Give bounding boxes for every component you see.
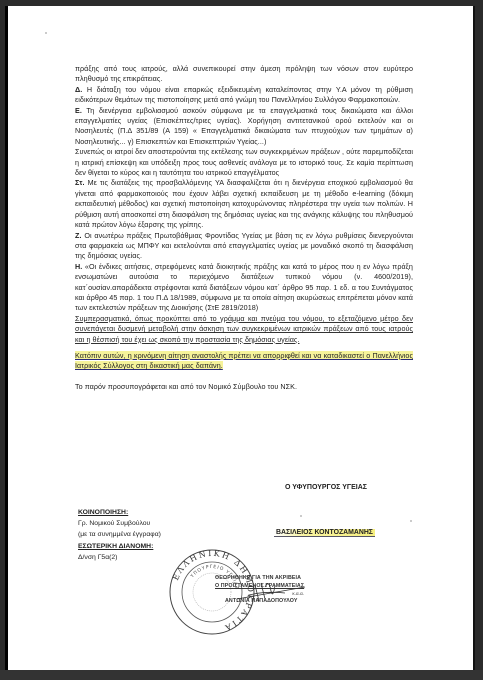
summary-underlined: Συμπερασματικά, όπως προκύπτει από το γρ… bbox=[75, 314, 413, 345]
paragraph-z: Ζ. Οι ανωτέρω πράξεις Πρωτοβάθμιας Φροντ… bbox=[75, 231, 413, 262]
bottom-bar bbox=[0, 670, 483, 680]
document-body: πράξης από τους ιατρούς, αλλά συνεπικουρ… bbox=[75, 64, 413, 392]
conclusion-highlighted: Κατόπιν αυτών, η κρινόμενη αίτηση αναστο… bbox=[75, 351, 413, 372]
paragraph-st: Στ. Με τις διατάξεις της προσβαλλόμενης … bbox=[75, 178, 413, 230]
notification-item: (με τα συνημμένα έγγραφα) bbox=[78, 529, 161, 540]
paragraph-d: Δ. Η διάταξη του νόμου είναι επαρκώς εξε… bbox=[75, 85, 413, 106]
paragraph-label: Δ. bbox=[75, 85, 82, 94]
highlighted-text: Κατόπιν αυτών, η κρινόμενη αίτηση αναστο… bbox=[75, 351, 413, 370]
paragraph-text: Η διάταξη του νόμου είναι επαρκώς εξειδι… bbox=[75, 85, 413, 104]
notification-heading: ΚΟΙΝΟΠΟΙΗΣΗ: bbox=[78, 507, 161, 518]
scan-speck bbox=[410, 520, 412, 522]
internal-distribution-heading: ΕΣΩΤΕΡΙΚΗ ΔΙΑΝΟΜΗ: bbox=[78, 541, 161, 552]
paragraph-text: Με τις διατάξεις της προσβαλλόμενης ΥΑ δ… bbox=[75, 178, 413, 229]
distribution-block: ΚΟΙΝΟΠΟΙΗΣΗ: Γρ. Νομικού Συμβούλου (με τ… bbox=[78, 507, 161, 563]
stamp-text-block: ΘΕΩΡΗΘΗΚΕ ΓΙΑ ΤΗΝ ΑΚΡΙΒΕΙΑ Ο ΠΡΟΪΣΤΑΜΕΝΟ… bbox=[215, 575, 304, 605]
stamp-line-certified: ΘΕΩΡΗΘΗΚΕ ΓΙΑ ΤΗΝ ΑΚΡΙΒΕΙΑ bbox=[215, 575, 304, 583]
internal-distribution-item: Δ/νση Γ5α(2) bbox=[78, 552, 161, 563]
paragraph-e: Ε. Τη διενέργεια εμβολιασμού ασκούν σύμφ… bbox=[75, 106, 413, 148]
cosign-note: Το παρόν προσυπογράφεται και από τον Νομ… bbox=[75, 382, 413, 392]
paragraph-text: Τη διενέργεια εμβολιασμού ασκούν σύμφωνα… bbox=[75, 106, 413, 146]
scan-speck bbox=[45, 32, 47, 34]
paragraph-text: Οι ανωτέρω πράξεις Πρωτοβάθμιας Φροντίδα… bbox=[75, 231, 413, 261]
paragraph-label: Η. bbox=[75, 262, 82, 271]
paragraph-label: Ζ. bbox=[75, 231, 82, 240]
scan-speck bbox=[300, 515, 302, 517]
paragraph-e-continued: Συνεπώς οι ιατροί δεν αποστερούνται της … bbox=[75, 147, 413, 178]
paragraph-continued: πράξης από τους ιατρούς, αλλά συνεπικουρ… bbox=[75, 64, 413, 85]
paragraph-text: «Οι ένδικες αιτήσεις, στρεφόμενες κατά δ… bbox=[75, 262, 413, 313]
paragraph-text: πράξης από τους ιατρούς, αλλά συνεπικουρ… bbox=[75, 64, 413, 83]
stamp-line-head: Ο ΠΡΟΪΣΤΑΜΕΝΟΣ ΓΡΑΜΜΑΤΕΙΑΣ bbox=[215, 583, 304, 591]
paragraph-label: Στ. bbox=[75, 178, 85, 187]
signatory-name: ΒΑΣΙΛΕΙΟΣ ΚΟΝΤΟΖΑΜΑΝΗΣ bbox=[274, 529, 375, 537]
paragraph-label: Ε. bbox=[75, 106, 82, 115]
stamp-line-name: ΑΝΤΩΝΙΑ ΠΑΠΑΔΟΠΟΥΛΟΥ bbox=[225, 598, 304, 606]
paragraph-h: Η. «Οι ένδικες αιτήσεις, στρεφόμενες κατ… bbox=[75, 262, 413, 314]
summary-text: Συμπερασματικά, όπως προκύπτει από το γρ… bbox=[75, 314, 413, 344]
stamp-line-deputy: κ.α.α. bbox=[215, 590, 304, 598]
cosign-text: Το παρόν προσυπογράφεται και από τον Νομ… bbox=[75, 382, 297, 391]
signatory-title: Ο ΥΦΥΠΟΥΡΓΟΣ ΥΓΕΙΑΣ bbox=[285, 484, 367, 491]
notification-item: Γρ. Νομικού Συμβούλου bbox=[78, 518, 161, 529]
paragraph-text: Συνεπώς οι ιατροί δεν αποστερούνται της … bbox=[75, 147, 413, 177]
